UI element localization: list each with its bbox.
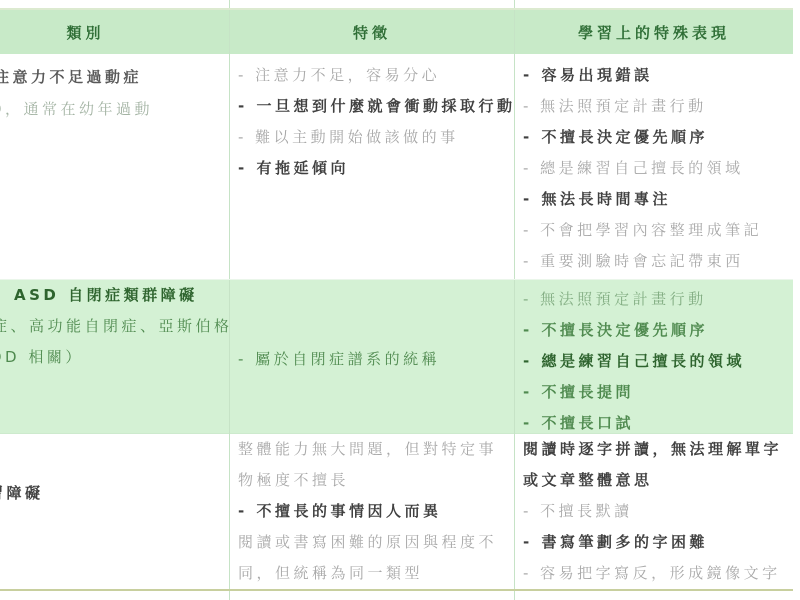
cell-adhd-category: 注意力不足過動症 D，通常在幼年過動: [0, 54, 230, 279]
bottom-strip-col2: [230, 591, 515, 600]
table-row-adhd: 注意力不足過動症 D，通常在幼年過動 - 注意力不足，容易分心 - 一旦想到什麼…: [0, 54, 793, 280]
cell-adhd-features: - 注意力不足，容易分心 - 一旦想到什麼就會衝動採取行動 - 難以主動開始做該…: [230, 54, 515, 279]
comparison-table: 類別 特徵 學習上的特殊表現 注意力不足過動症 D，通常在幼年過動 - 注意力不…: [0, 0, 793, 600]
learning-item: 閱讀時逐字拼讀，無法理解單字或文章整體意思: [523, 434, 789, 496]
feature-item: - 一旦想到什麼就會衝動採取行動: [238, 91, 506, 122]
feature-item: - 難以主動開始做該做的事: [238, 122, 506, 153]
top-strip-col2: [230, 0, 515, 8]
learning-item: - 不會把學習內容整理成筆記: [523, 215, 789, 246]
cell-ld-category: 習障礙: [0, 434, 230, 589]
feature-item: - 注意力不足，容易分心: [238, 60, 506, 91]
learning-item: - 無法長時間專注: [523, 184, 789, 215]
learning-item: - 不擅長提問: [523, 377, 789, 408]
learning-item: - 書寫筆劃多的字困難: [523, 527, 789, 558]
learning-item: - 無法照預定計畫行動: [523, 284, 789, 315]
table-header-row: 類別 特徵 學習上的特殊表現: [0, 8, 793, 54]
adhd-category-line: D，通常在幼年過動: [0, 94, 153, 125]
learning-item: - 不擅長決定優先順序: [523, 315, 789, 346]
cell-asd-learning: - 無法照預定計畫行動 - 不擅長決定優先順序 - 總是練習自己擅長的領域 - …: [515, 280, 793, 439]
learning-item: - 總是練習自己擅長的領域: [523, 346, 789, 377]
cell-adhd-learning: - 容易出現錯誤 - 無法照預定計畫行動 - 不擅長決定優先順序 - 總是練習自…: [515, 54, 793, 279]
learning-item: - 不擅長決定優先順序: [523, 122, 789, 153]
learning-item: - 總是練習自己擅長的領域: [523, 153, 789, 184]
learning-item: - 無法照預定計畫行動: [523, 91, 789, 122]
table-row-asd: ASD 自閉症類群障礙 症、高功能自閉症、亞斯伯格 DD 相關） - 屬於自閉症…: [0, 280, 793, 434]
asd-category-line: DD 相關）: [0, 342, 84, 373]
learning-item: - 不擅長默讀: [523, 496, 789, 527]
adhd-category-line: 注意力不足過動症: [0, 62, 142, 93]
feature-item: 閱讀或書寫困難的原因與程度不同，但統稱為同一類型: [238, 527, 506, 589]
table-top-strip: [0, 0, 793, 8]
feature-item: - 不擅長的事情因人而異: [238, 496, 506, 527]
bottom-strip-col1: [0, 591, 230, 600]
feature-item: - 屬於自閉症譜系的統稱: [238, 344, 440, 375]
feature-item: - 有拖延傾向: [238, 153, 506, 184]
cell-asd-features: - 屬於自閉症譜系的統稱: [230, 280, 515, 439]
cell-ld-learning: 閱讀時逐字拼讀，無法理解單字或文章整體意思 - 不擅長默讀 - 書寫筆劃多的字困…: [515, 434, 793, 589]
learning-item: - 容易把字寫反，形成鏡像文字: [523, 558, 789, 589]
table-bottom-strip: [0, 591, 793, 600]
ld-category-line: 習障礙: [0, 478, 44, 509]
feature-item: 整體能力無大問題，但對特定事物極度不擅長: [238, 434, 506, 496]
table-row-ld: 習障礙 整體能力無大問題，但對特定事物極度不擅長 - 不擅長的事情因人而異 閱讀…: [0, 434, 793, 591]
asd-category-line: 症、高功能自閉症、亞斯伯格: [0, 311, 233, 342]
header-category: 類別: [0, 10, 230, 54]
header-features: 特徵: [230, 10, 515, 54]
top-strip-col3: [515, 0, 793, 8]
bottom-strip-col3: [515, 591, 793, 600]
learning-item: - 容易出現錯誤: [523, 60, 789, 91]
top-strip-col1: [0, 0, 230, 8]
asd-category-line: ASD 自閉症類群障礙: [14, 280, 198, 311]
cell-ld-features: 整體能力無大問題，但對特定事物極度不擅長 - 不擅長的事情因人而異 閱讀或書寫困…: [230, 434, 515, 589]
screenshot-viewport: 類別 特徵 學習上的特殊表現 注意力不足過動症 D，通常在幼年過動 - 注意力不…: [0, 0, 800, 600]
cell-asd-category: ASD 自閉症類群障礙 症、高功能自閉症、亞斯伯格 DD 相關）: [0, 280, 230, 439]
learning-item: - 重要測驗時會忘記帶東西: [523, 246, 789, 277]
header-learning: 學習上的特殊表現: [515, 10, 793, 54]
